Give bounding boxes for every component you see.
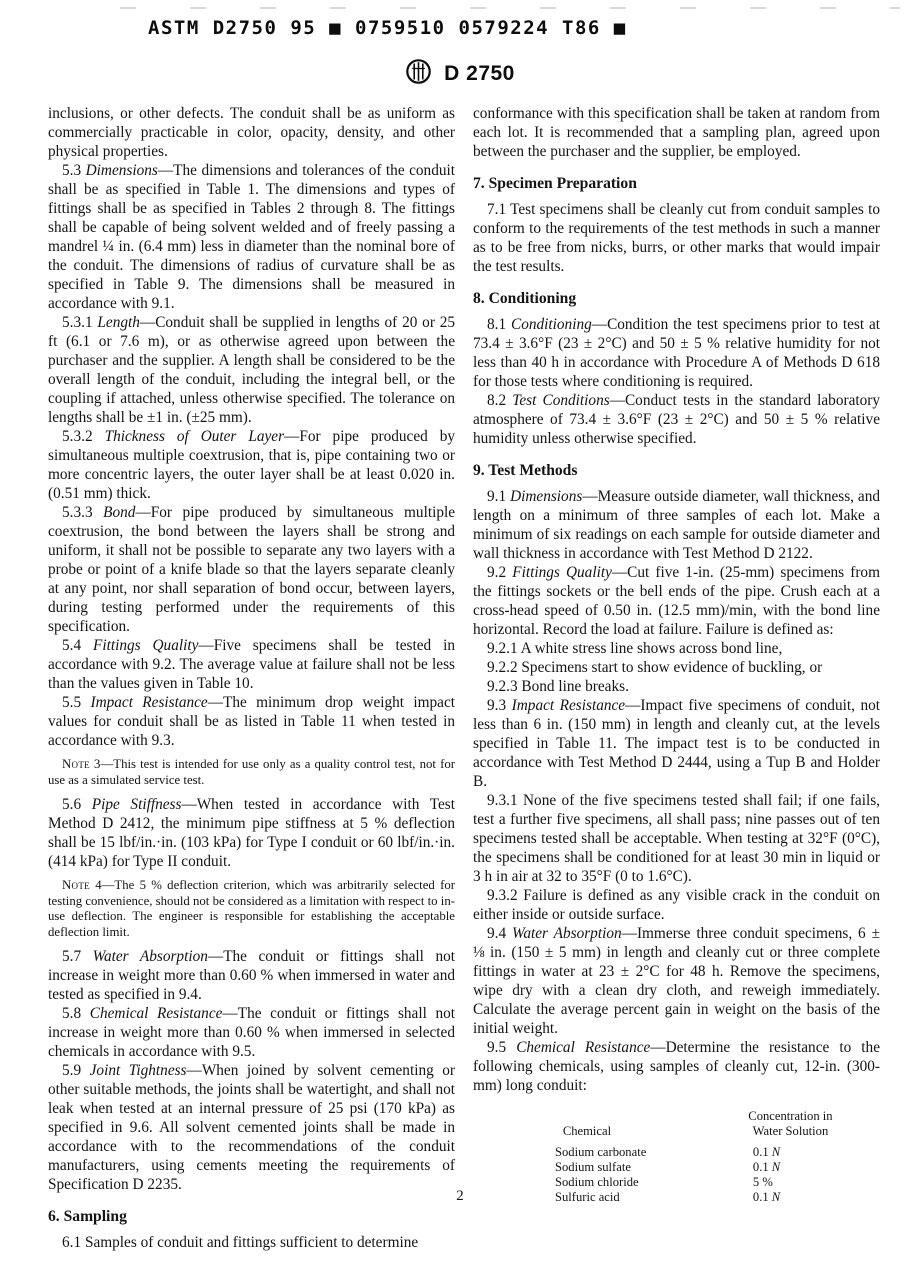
text-run: Sodium carbonate	[555, 1145, 646, 1159]
text-run: Dimensions	[510, 488, 582, 505]
text-run: Impact Resistance	[512, 697, 625, 714]
body-paragraph: 9.2.2 Specimens start to show evidence o…	[473, 658, 880, 677]
section-heading: 9. Test Methods	[473, 461, 880, 480]
two-column-body: inclusions, or other defects. The condui…	[48, 104, 880, 1252]
text-run: Thickness of Outer Layer	[105, 428, 284, 445]
page-number: 2	[0, 1188, 920, 1205]
body-paragraph: 5.3 Dimensions—The dimensions and tolera…	[48, 161, 455, 313]
chemical-name-cell: Sodium sulfate	[473, 1160, 701, 1175]
text-run: 9.2.2 Specimens start to show evidence o…	[487, 659, 822, 676]
text-run: 7.1 Test specimens shall be cleanly cut …	[473, 201, 880, 275]
text-run: Joint Tightness	[90, 1062, 187, 1079]
text-run: 5.8	[62, 1005, 90, 1022]
section-heading: 6. Sampling	[48, 1207, 455, 1226]
body-paragraph: 9.3.2 Failure is defined as any visible …	[473, 886, 880, 924]
table-row: Sodium carbonate0.1 N	[473, 1145, 880, 1160]
text-run: Impact Resistance	[90, 694, 207, 711]
text-run: —For pipe produced by simultaneous multi…	[48, 504, 455, 635]
text-run: 9.3.2 Failure is defined as any visible …	[473, 887, 880, 923]
text-run: 9.2.1 A white stress line shows across b…	[487, 640, 782, 657]
text-run: —The dimensions and tolerances of the co…	[48, 162, 455, 312]
section-heading: 7. Specimen Preparation	[473, 174, 880, 193]
body-paragraph: 9.2.3 Bond line breaks.	[473, 677, 880, 696]
text-run: Water Absorption	[93, 948, 208, 965]
body-paragraph: 9.2.1 A white stress line shows across b…	[473, 639, 880, 658]
text-run: 5.3.2	[62, 428, 105, 445]
body-paragraph: 6.1 Samples of conduit and fittings suff…	[48, 1233, 455, 1252]
body-paragraph: 5.8 Chemical Resistance—The conduit or f…	[48, 1004, 455, 1061]
astm-seal-icon	[405, 58, 432, 90]
body-paragraph: 9.1 Dimensions—Measure outside diameter,…	[473, 487, 880, 563]
text-run: 5.5	[62, 694, 90, 711]
text-run: 3—This test is intended for use only as …	[48, 757, 455, 787]
note-paragraph: Note 4—The 5 % deflection criterion, whi…	[48, 878, 455, 940]
body-paragraph: conformance with this specification shal…	[473, 104, 880, 161]
text-run: Test Conditions	[512, 392, 609, 409]
chemical-name-cell: Sodium carbonate	[473, 1145, 701, 1160]
text-run: N	[772, 1160, 780, 1174]
text-run: 5.7	[62, 948, 93, 965]
scan-artifact-dashes	[120, 7, 900, 9]
text-run: Sodium chloride	[555, 1175, 639, 1189]
note-paragraph: Note 3—This test is intended for use onl…	[48, 757, 455, 788]
text-run: N	[772, 1145, 780, 1159]
body-paragraph: 5.6 Pipe Stiffness—When tested in accord…	[48, 795, 455, 871]
text-run: 9.1	[487, 488, 510, 505]
text-run: 9.4	[487, 925, 512, 942]
body-paragraph: 5.3.2 Thickness of Outer Layer—For pipe …	[48, 427, 455, 503]
left-column: inclusions, or other defects. The condui…	[48, 104, 455, 1252]
table-row: Sodium sulfate0.1 N	[473, 1160, 880, 1175]
text-run: Sodium sulfate	[555, 1160, 631, 1174]
text-run: 8.2	[487, 392, 512, 409]
text-run: Length	[97, 314, 140, 331]
text-run: 5.3.3	[62, 504, 103, 521]
concentration-cell: 0.1 N	[701, 1160, 880, 1175]
body-paragraph: 9.3 Impact Resistance—Impact five specim…	[473, 696, 880, 791]
body-paragraph: inclusions, or other defects. The condui…	[48, 104, 455, 161]
text-run: Water Absorption	[512, 925, 622, 942]
document-header: D 2750	[0, 58, 920, 90]
text-run: 9.5	[487, 1039, 516, 1056]
text-run: Chemical Resistance	[90, 1005, 223, 1022]
body-paragraph: 5.9 Joint Tightness—When joined by solve…	[48, 1061, 455, 1194]
text-run: 5.3	[62, 162, 86, 179]
document-page: ASTM D2750 95 ■ 0759510 0579224 T86 ■ D …	[0, 0, 920, 1265]
text-run: Note	[62, 878, 90, 892]
text-run: Dimensions	[86, 162, 158, 179]
text-run: Pipe Stiffness	[92, 796, 182, 813]
text-run: 4—The 5 % deflection criterion, which wa…	[48, 878, 455, 939]
text-run: Chemical Resistance	[516, 1039, 650, 1056]
text-run: —When joined by solvent cementing or oth…	[48, 1062, 455, 1193]
text-run: Note	[62, 757, 90, 771]
text-run: 5.3.1	[62, 314, 97, 331]
body-paragraph: 5.7 Water Absorption—The conduit or fitt…	[48, 947, 455, 1004]
text-run: 9.3	[487, 697, 512, 714]
text-run: 8.1	[487, 316, 511, 333]
text-run: 6.1 Samples of conduit and fittings suff…	[62, 1234, 418, 1251]
body-paragraph: 9.5 Chemical Resistance—Determine the re…	[473, 1038, 880, 1095]
table-header-chemical: Chemical	[473, 1109, 701, 1145]
ocr-scan-header: ASTM D2750 95 ■ 0759510 0579224 T86 ■	[148, 17, 627, 39]
text-run: 5.4	[62, 637, 93, 654]
text-run: 5.6	[62, 796, 92, 813]
table-header-concentration: Concentration inWater Solution	[701, 1109, 880, 1145]
body-paragraph: 8.2 Test Conditions—Conduct tests in the…	[473, 391, 880, 448]
body-paragraph: 7.1 Test specimens shall be cleanly cut …	[473, 200, 880, 276]
body-paragraph: 5.5 Impact Resistance—The minimum drop w…	[48, 693, 455, 750]
body-paragraph: 9.3.1 None of the five specimens tested …	[473, 791, 880, 886]
text-run: 0.1	[753, 1160, 772, 1174]
text-run: 0.1	[753, 1145, 772, 1159]
section-heading: 8. Conditioning	[473, 289, 880, 308]
text-run: Fittings Quality	[93, 637, 198, 654]
text-run: 9.3.1 None of the five specimens tested …	[473, 792, 880, 885]
text-run: 5 %	[753, 1175, 773, 1189]
text-run: Fittings Quality	[512, 564, 612, 581]
body-paragraph: 9.4 Water Absorption—Immerse three condu…	[473, 924, 880, 1038]
text-run: Conditioning	[511, 316, 592, 333]
body-paragraph: 5.3.1 Length—Conduit shall be supplied i…	[48, 313, 455, 427]
body-paragraph: 8.1 Conditioning—Condition the test spec…	[473, 315, 880, 391]
text-run: inclusions, or other defects. The condui…	[48, 105, 455, 160]
standard-designation: D 2750	[444, 62, 515, 86]
right-column: conformance with this specification shal…	[473, 104, 880, 1252]
text-run: 9.2.3 Bond line breaks.	[487, 678, 629, 695]
text-run: 5.9	[62, 1062, 90, 1079]
text-run: 9.2	[487, 564, 512, 581]
body-paragraph: 9.2 Fittings Quality—Cut five 1-in. (25-…	[473, 563, 880, 639]
body-paragraph: 5.4 Fittings Quality—Five specimens shal…	[48, 636, 455, 693]
text-run: Bond	[103, 504, 135, 521]
text-run: conformance with this specification shal…	[473, 105, 880, 160]
body-paragraph: 5.3.3 Bond—For pipe produced by simultan…	[48, 503, 455, 636]
concentration-cell: 0.1 N	[701, 1145, 880, 1160]
